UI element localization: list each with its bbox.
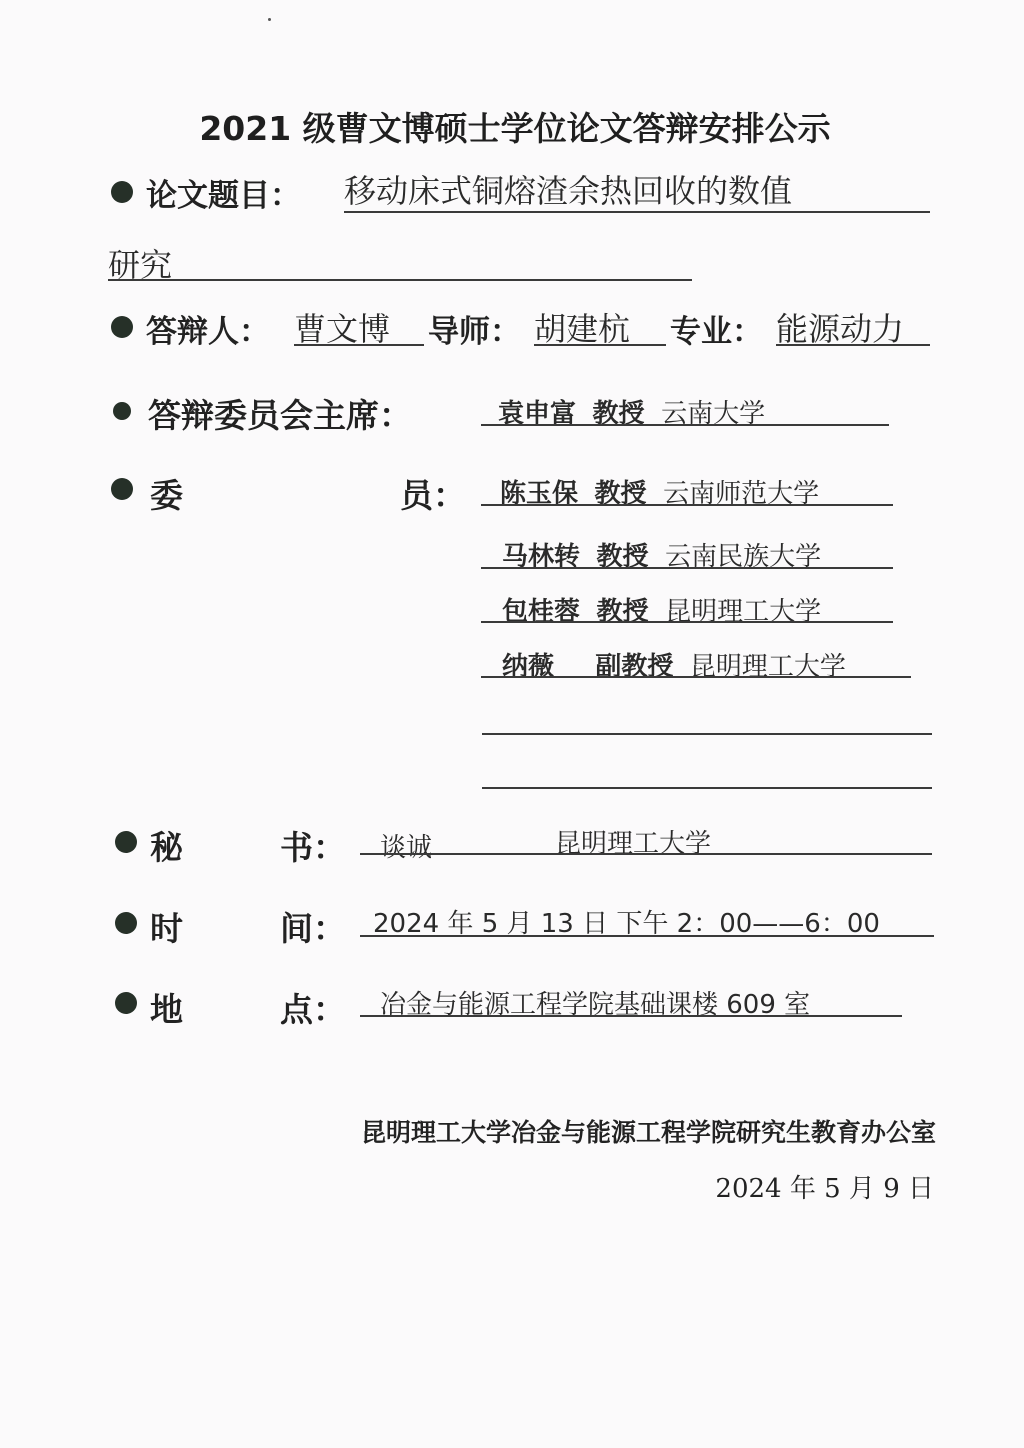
committee-label-left: 委 — [150, 470, 183, 517]
secretary-label-left: 秘 — [150, 822, 183, 869]
thesis-title-line1: 移动床式铜熔渣余热回收的数值 — [344, 166, 792, 212]
underline — [534, 344, 666, 346]
underline — [481, 424, 889, 426]
issuing-office: 昆明理工大学冶金与能源工程学院研究生教育办公室 — [361, 1113, 936, 1149]
time-label-right: 间： — [280, 903, 346, 950]
underline — [108, 279, 692, 281]
scan-speck — [268, 18, 271, 21]
secretary-name: 谈诚 — [380, 827, 432, 864]
major-label: 专业： — [670, 306, 763, 351]
underline — [360, 1015, 902, 1017]
bullet-icon — [115, 831, 137, 853]
bullet-icon — [113, 402, 131, 420]
underline — [344, 211, 930, 213]
bullet-icon — [115, 912, 137, 934]
underline — [776, 344, 930, 346]
underline — [360, 935, 934, 937]
advisor-label: 导师： — [428, 306, 521, 351]
defender-label: 答辩人： — [146, 306, 270, 351]
time-label-left: 时 — [150, 903, 183, 950]
committee-label-right: 员： — [400, 470, 466, 517]
bullet-icon — [115, 992, 137, 1014]
location-label-right: 点： — [280, 984, 346, 1031]
blank-member-line — [482, 787, 932, 789]
blank-member-line — [482, 733, 932, 735]
issue-date: 2024 年 5 月 9 日 — [715, 1168, 934, 1205]
underline — [294, 344, 424, 346]
bullet-icon — [111, 478, 133, 500]
underline — [360, 853, 932, 855]
bullet-icon — [111, 181, 133, 203]
location-label-left: 地 — [150, 984, 183, 1031]
chair-label: 答辩委员会主席： — [148, 390, 412, 437]
underline — [481, 676, 911, 678]
underline — [481, 567, 893, 569]
thesis-label: 论文题目： — [146, 170, 301, 215]
underline — [481, 504, 893, 506]
underline — [481, 621, 893, 623]
secretary-label-right: 书： — [280, 822, 346, 869]
document-title: 2021 级曹文博硕士学位论文答辩安排公示 — [0, 103, 1024, 150]
bullet-icon — [111, 316, 133, 338]
